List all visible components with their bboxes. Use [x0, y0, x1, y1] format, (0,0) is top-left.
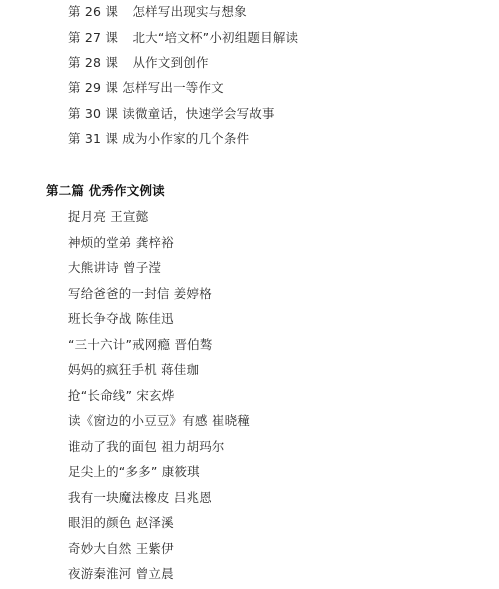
- lesson-suffix: 课: [105, 131, 118, 146]
- essay-title: “三十六计”戒网瘾: [68, 337, 170, 352]
- essay-author: 蒋佳珈: [161, 362, 199, 377]
- essay-item: 神烦的堂弟 龚梓裕: [68, 235, 174, 251]
- essay-title: 奇妙大自然: [68, 541, 132, 556]
- lesson-prefix: 第: [68, 106, 81, 121]
- essay-author: 宋玄烨: [136, 388, 174, 403]
- essay-item: 妈妈的疯狂手机 蒋佳珈: [68, 362, 199, 378]
- essay-item: 大熊讲诗 曾子滢: [68, 260, 161, 276]
- section-heading: 第二篇 优秀作文例读: [46, 183, 165, 199]
- essay-item: 谁动了我的面包 祖力胡玛尔: [68, 439, 225, 455]
- lesson-item: 第 29 课 怎样写出一等作文: [68, 80, 224, 96]
- essay-title: 神烦的堂弟: [68, 235, 132, 250]
- lesson-title: 怎样写出现实与想象: [132, 4, 246, 19]
- essay-title: 我有一块魔法橡皮: [68, 490, 170, 505]
- essay-item: 读《窗边的小豆豆》有感 崔晓穜: [68, 413, 250, 429]
- lesson-prefix: 第: [68, 80, 81, 95]
- lesson-item: 第 28 课 从作文到创作: [68, 55, 209, 71]
- lesson-title: 怎样写出一等作文: [122, 80, 224, 95]
- lesson-suffix: 课: [105, 106, 118, 121]
- essay-item: 足尖上的“多多” 康筱琪: [68, 464, 200, 480]
- lesson-item: 第 31 课 成为小作家的几个条件: [68, 131, 249, 147]
- lesson-number: 26: [85, 4, 101, 20]
- essay-title: 足尖上的“多多”: [68, 464, 158, 479]
- lesson-item: 第 26 课 怎样写出现实与想象: [68, 4, 247, 20]
- lesson-title: 读微童话，快速学会写故事: [122, 106, 274, 121]
- lesson-title: 从作文到创作: [132, 55, 208, 70]
- essay-item: 捉月亮 王宣懿: [68, 209, 148, 225]
- essay-title: 谁动了我的面包: [68, 439, 157, 454]
- essay-item: 眼泪的颜色 赵泽溪: [68, 515, 174, 531]
- essay-author: 王紫伊: [136, 541, 174, 556]
- lesson-prefix: 第: [68, 4, 81, 19]
- essay-author: 吕兆恩: [174, 490, 212, 505]
- essay-title: 大熊讲诗: [68, 260, 119, 275]
- lesson-suffix: 课: [105, 55, 118, 70]
- essay-author: 龚梓裕: [136, 235, 174, 250]
- essay-title: 抢“长命线”: [68, 388, 132, 403]
- essay-author: 康筱琪: [162, 464, 200, 479]
- essay-author: 赵泽溪: [136, 515, 174, 530]
- essay-author: 祖力胡玛尔: [161, 439, 225, 454]
- essay-author: 曾立晨: [136, 566, 174, 581]
- document-page: 第 26 课 怎样写出现实与想象 第 27 课 北大“培文杯”小初组题目解读 第…: [0, 0, 499, 589]
- essay-title: 写给爸爸的一封信: [68, 286, 170, 301]
- essay-title: 眼泪的颜色: [68, 515, 132, 530]
- lesson-number: 31: [85, 131, 101, 147]
- essay-author: 陈佳迅: [136, 311, 174, 326]
- essay-item: 夜游秦淮河 曾立晨: [68, 566, 174, 582]
- essay-title: 班长争夺战: [68, 311, 132, 326]
- lesson-prefix: 第: [68, 131, 81, 146]
- lesson-prefix: 第: [68, 30, 81, 45]
- lesson-prefix: 第: [68, 55, 81, 70]
- essay-author: 崔晓穜: [212, 413, 250, 428]
- essay-item: “三十六计”戒网瘾 晋伯骜: [68, 337, 213, 353]
- lesson-title: 北大“培文杯”小初组题目解读: [132, 30, 298, 45]
- essay-item: 班长争夺战 陈佳迅: [68, 311, 174, 327]
- essay-title: 妈妈的疯狂手机: [68, 362, 157, 377]
- lesson-item: 第 27 课 北大“培文杯”小初组题目解读: [68, 30, 298, 46]
- lesson-suffix: 课: [105, 4, 118, 19]
- lesson-suffix: 课: [105, 30, 118, 45]
- lesson-suffix: 课: [105, 80, 118, 95]
- essay-author: 王宣懿: [110, 209, 148, 224]
- lesson-number: 29: [85, 80, 101, 96]
- essay-item: 写给爸爸的一封信 姜婷格: [68, 286, 212, 302]
- lesson-number: 30: [85, 106, 101, 122]
- lesson-number: 28: [85, 55, 101, 71]
- essay-title: 捉月亮: [68, 209, 106, 224]
- essay-author: 曾子滢: [123, 260, 161, 275]
- essay-author: 晋伯骜: [174, 337, 212, 352]
- lesson-number: 27: [85, 30, 101, 46]
- essay-item: 我有一块魔法橡皮 吕兆恩: [68, 490, 212, 506]
- essay-item: 抢“长命线” 宋玄烨: [68, 388, 174, 404]
- essay-item: 奇妙大自然 王紫伊: [68, 541, 174, 557]
- essay-title: 夜游秦淮河: [68, 566, 132, 581]
- essay-title: 读《窗边的小豆豆》有感: [68, 413, 208, 428]
- lesson-item: 第 30 课 读微童话，快速学会写故事: [68, 106, 275, 122]
- lesson-title: 成为小作家的几个条件: [122, 131, 249, 146]
- essay-author: 姜婷格: [174, 286, 212, 301]
